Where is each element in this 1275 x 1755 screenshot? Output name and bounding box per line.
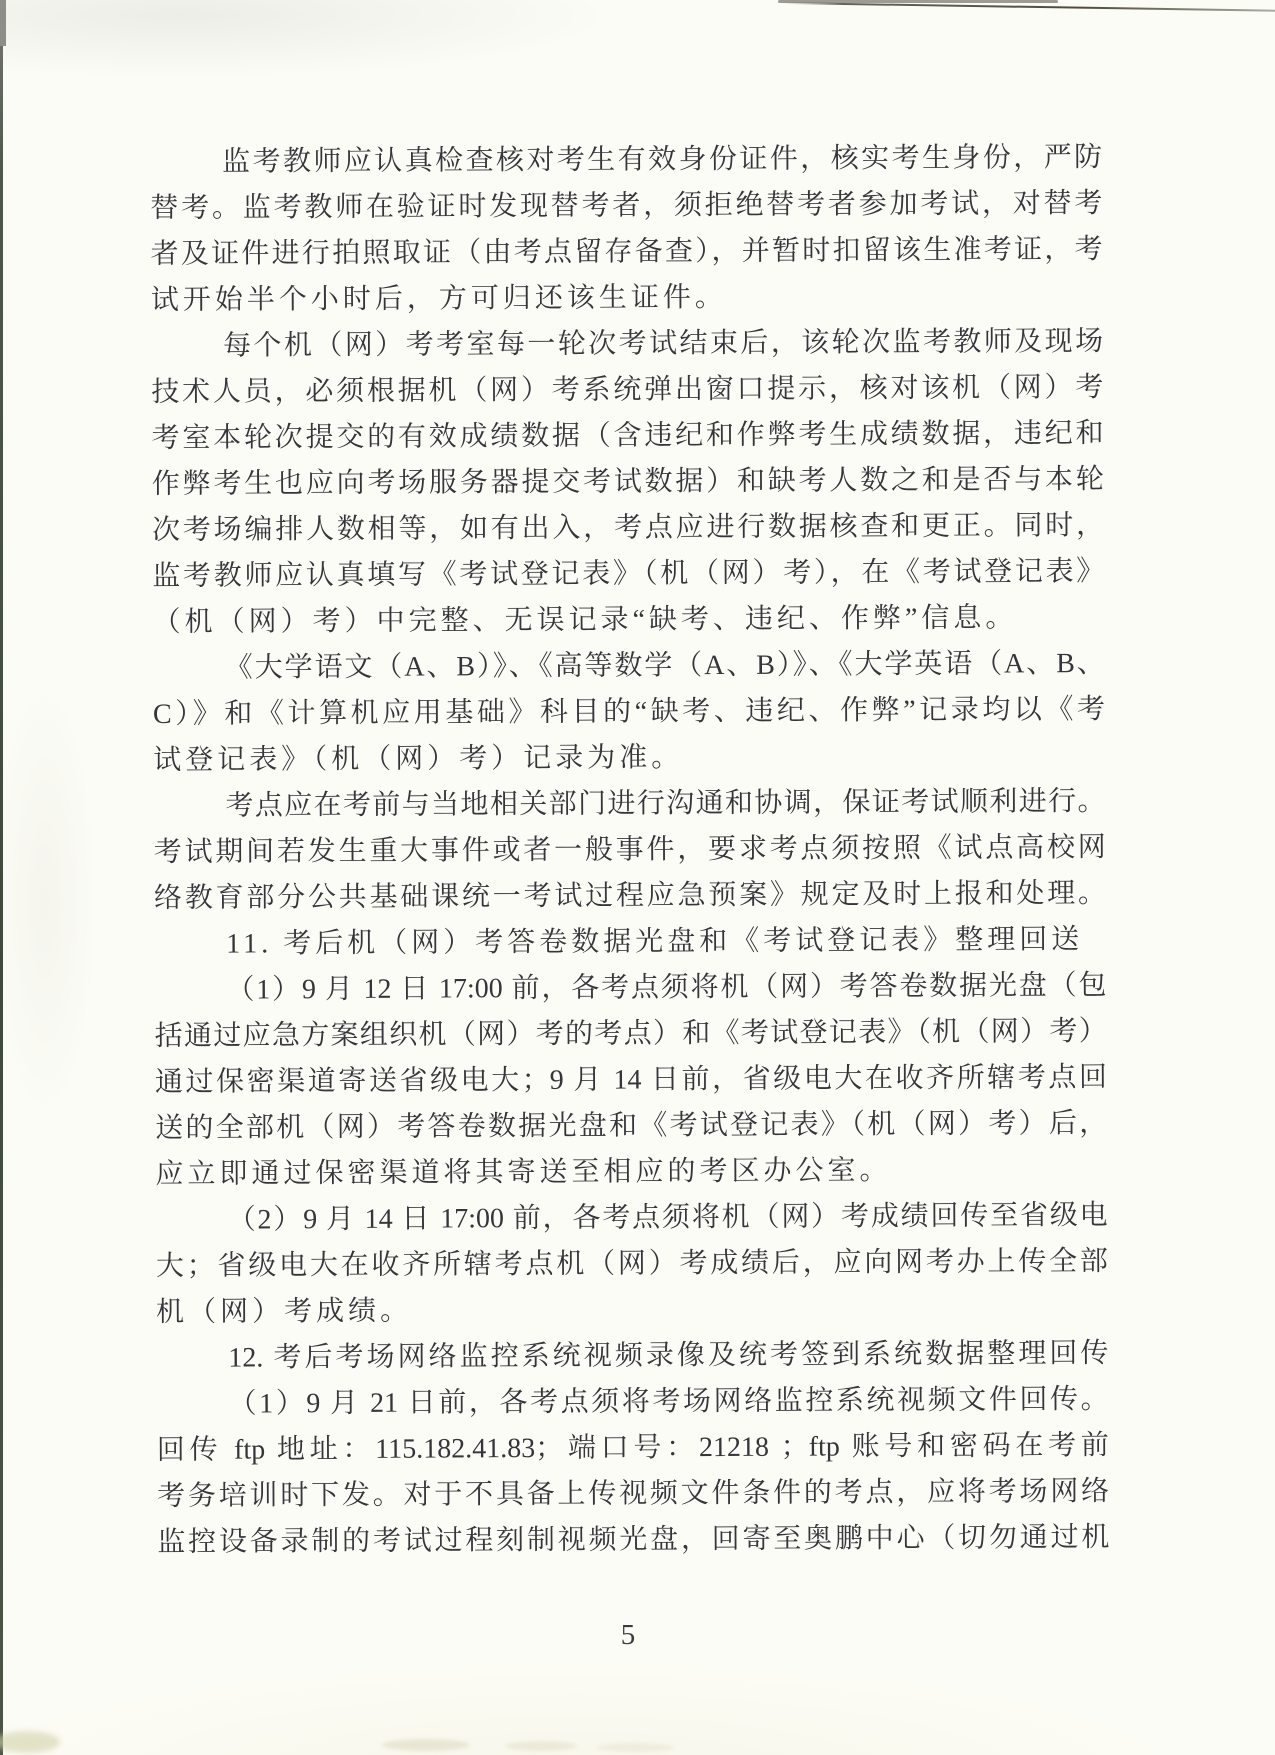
text-line: 考室本轮次提交的有效成绩数据（含违纪和作弊考生成绩数据，违纪和 bbox=[151, 411, 1103, 462]
text-line: 11. 考后机（网）考答卷数据光盘和《考试登记表》整理回送 bbox=[154, 917, 1106, 968]
scan-left-edge-artifact bbox=[0, 0, 3, 1755]
text-line: 12. 考后考场网络监控系统视频录像及统考签到系统数据整理回传 bbox=[156, 1331, 1108, 1382]
document-text: 监考教师应认真检查核对考生有效身份证件，核实考生身份，严防替考。监考教师在验证时… bbox=[150, 135, 1109, 1566]
text-line: 监考教师应认真填写《考试登记表》（机（网）考），在《考试登记表》 bbox=[152, 549, 1104, 600]
text-line: 送的全部机（网）考答卷数据光盘和《考试登记表》（机（网）考）后， bbox=[155, 1101, 1107, 1152]
scan-top-left-corner-artifact bbox=[0, 0, 6, 46]
scan-bottom-smudge bbox=[505, 1741, 577, 1751]
text-line: 者及证件进行拍照取证（由考点留存备查），并暂时扣留该生准考证，考 bbox=[150, 227, 1102, 278]
text-line: 监控设备录制的考试过程刻制视频光盘，回寄至奥鹏中心（切勿通过机 bbox=[157, 1515, 1109, 1566]
text-line: 回传 ftp 地址：115.182.41.83；端口号：21218 ；ftp 账… bbox=[157, 1423, 1109, 1474]
text-line: 替考。监考教师在验证时发现替考者，须拒绝替考者参加考试，对替考 bbox=[150, 181, 1102, 232]
text-line: （1）9 月 12 日 17:00 前，各考点须将机（网）考答卷数据光盘（包 bbox=[154, 963, 1106, 1014]
text-line: 《大学语文（A、B）》、《高等数学（A、B）》、《大学英语（A、B、 bbox=[153, 641, 1105, 692]
text-line: 试登记表》（机（网）考）记录为准。 bbox=[153, 733, 1105, 784]
text-line: 机（网）考成绩。 bbox=[156, 1285, 1108, 1336]
scan-diagonal-line-artifact bbox=[782, 2, 1275, 12]
text-line: 络教育部分公共基础课统一考试过程应急预案》规定及时上报和处理。 bbox=[154, 871, 1106, 922]
text-line: 通过保密渠道寄送省级电大；9 月 14 日前，省级电大在收齐所辖考点回 bbox=[155, 1055, 1107, 1106]
text-line: （1）9 月 21 日前，各考点须将考场网络监控系统视频文件回传。 bbox=[157, 1377, 1109, 1428]
text-line: 作弊考生也应向考场服务器提交考试数据）和缺考人数之和是否与本轮 bbox=[152, 457, 1104, 508]
text-line: 考务培训时下发。对于不具备上传视频文件条件的考点，应将考场网络 bbox=[157, 1469, 1109, 1520]
text-line: 次考场编排人数相等，如有出入，考点应进行数据核查和更正。同时， bbox=[152, 503, 1104, 554]
text-line: 试开始半个小时后，方可归还该生证件。 bbox=[151, 273, 1103, 324]
text-line: 监考教师应认真检查核对考生有效身份证件，核实考生身份，严防 bbox=[150, 135, 1102, 186]
text-line: （机（网）考）中完整、无误记录“缺考、违纪、作弊”信息。 bbox=[152, 595, 1104, 646]
text-line: C）》和《计算机应用基础》科目的“缺考、违纪、作弊”记录均以《考 bbox=[153, 687, 1105, 738]
text-line: （2）9 月 14 日 17:00 前，各考点须将机（网）考成绩回传至省级电 bbox=[156, 1193, 1108, 1244]
text-line: 括通过应急方案组织机（网）考的考点）和《考试登记表》（机（网）考） bbox=[155, 1009, 1107, 1060]
document-page: 监考教师应认真检查核对考生有效身份证件，核实考生身份，严防替考。监考教师在验证时… bbox=[0, 0, 1275, 1755]
text-line: 应立即通过保密渠道将其寄送至相应的考区办公室。 bbox=[155, 1147, 1107, 1198]
text-line: 考点应在考前与当地相关部门进行沟通和协调，保证考试顺利进行。 bbox=[153, 779, 1105, 830]
text-line: 大；省级电大在收齐所辖考点机（网）考成绩后，应向网考办上传全部 bbox=[156, 1239, 1108, 1290]
text-line: 技术人员，必须根据机（网）考系统弹出窗口提示，核对该机（网）考 bbox=[151, 365, 1103, 416]
text-line: 考试期间若发生重大事件或者一般事件，要求考点须按照《试点高校网 bbox=[154, 825, 1106, 876]
scan-bottom-smudge bbox=[596, 1743, 674, 1752]
scan-bottom-smudge bbox=[382, 1739, 470, 1751]
text-line: 每个机（网）考考室每一轮次考试结束后，该轮次监考教师及现场 bbox=[151, 319, 1103, 370]
scan-bottom-smudge bbox=[0, 1731, 60, 1753]
page-number: 5 bbox=[588, 1612, 668, 1658]
